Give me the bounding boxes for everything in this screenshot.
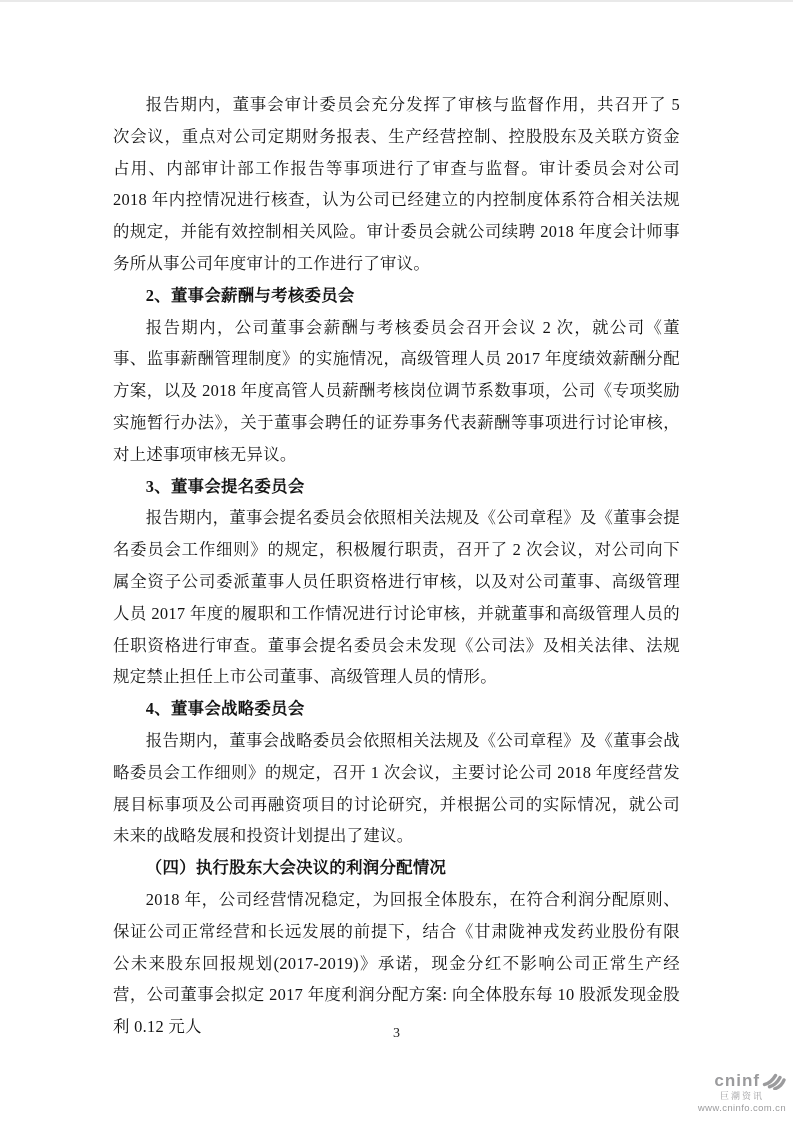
para-nomination-committee: 报告期内，董事会提名委员会依照相关法规及《公司章程》及《董事会提名委员会工作细则… bbox=[113, 502, 680, 693]
cninfo-brand-text: cninf bbox=[714, 1072, 760, 1089]
document-body: 报告期内，董事会审计委员会充分发挥了审核与监督作用，共召开了 5 次会议，重点对… bbox=[113, 89, 680, 1043]
cninfo-watermark: cninf 巨潮资讯 www.cninfo.com.cn bbox=[698, 1070, 786, 1114]
cninfo-swirl-icon bbox=[762, 1070, 786, 1090]
cninfo-url: www.cninfo.com.cn bbox=[698, 1104, 786, 1114]
para-audit-committee: 报告期内，董事会审计委员会充分发挥了审核与监督作用，共召开了 5 次会议，重点对… bbox=[113, 89, 680, 280]
cninfo-chinese-name: 巨潮资讯 bbox=[698, 1092, 786, 1101]
para-profit-distribution: 2018 年，公司经营情况稳定，为回报全体股东，在符合利润分配原则、保证公司正常… bbox=[113, 884, 680, 1043]
para-remuneration-committee: 报告期内，公司董事会薪酬与考核委员会召开会议 2 次，就公司《董事、监事薪酬管理… bbox=[113, 312, 680, 471]
heading-strategy-committee: 4、董事会战略委员会 bbox=[113, 693, 680, 725]
heading-nomination-committee: 3、董事会提名委员会 bbox=[113, 471, 680, 503]
document-page: 报告期内，董事会审计委员会充分发挥了审核与监督作用，共召开了 5 次会议，重点对… bbox=[0, 0, 793, 1122]
para-strategy-committee: 报告期内，董事会战略委员会依照相关法规及《公司章程》及《董事会战略委员会工作细则… bbox=[113, 725, 680, 852]
page-number: 3 bbox=[0, 1026, 793, 1042]
heading-profit-distribution: （四）执行股东大会决议的利润分配情况 bbox=[113, 852, 680, 884]
scan-artifact-top-edge bbox=[0, 0, 793, 2]
heading-remuneration-committee: 2、董事会薪酬与考核委员会 bbox=[113, 280, 680, 312]
